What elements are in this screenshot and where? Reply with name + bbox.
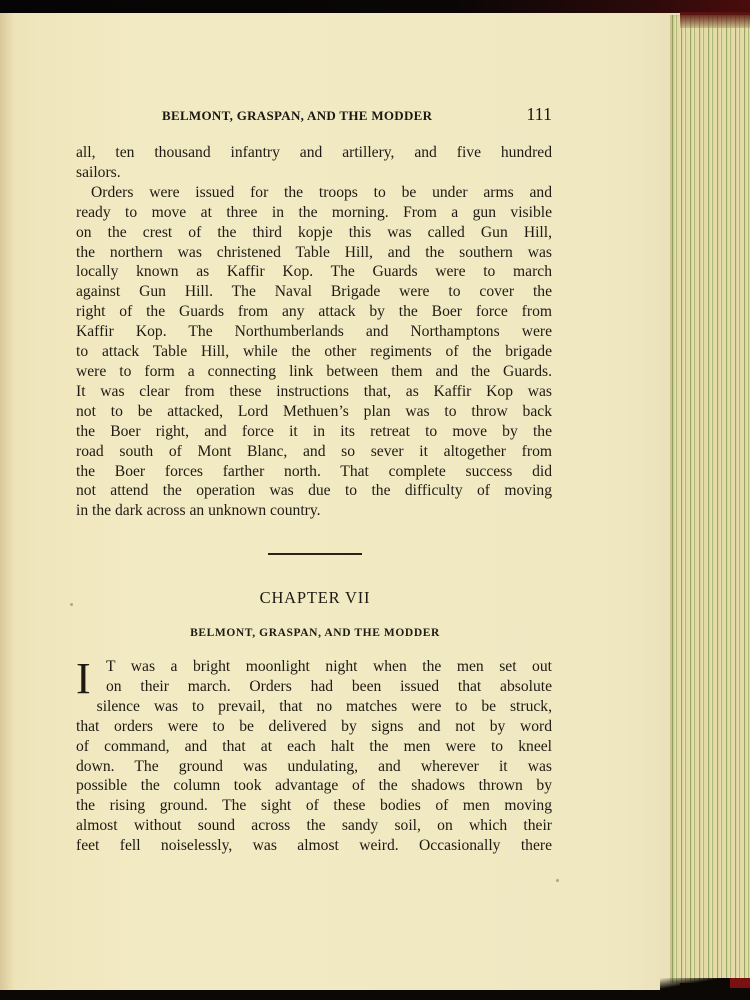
text-line: the Boer forces farther north. That comp… [76, 462, 552, 482]
text-line: almost without sound across the sandy so… [76, 816, 552, 836]
scan-bottom-border [0, 990, 750, 1000]
paper-speck [556, 879, 559, 882]
chapter-opening-paragraph: I T was a bright moonlight night when th… [76, 657, 552, 856]
running-head-title: BELMONT, GRASPAN, AND THE MODDER [162, 108, 432, 124]
text-line: that orders were to be delivered by sign… [76, 717, 552, 737]
running-head: BELMONT, GRASPAN, AND THE MODDER 111 [162, 104, 552, 125]
scan-top-border [0, 0, 750, 14]
text-line: on the crest of the third kopje this was… [76, 223, 552, 243]
text-line: down. The ground was undulating, and whe… [76, 757, 552, 777]
drop-cap: I [76, 661, 91, 699]
text-line: in the dark across an unknown country. [76, 501, 552, 521]
page-number: 111 [526, 104, 552, 125]
text-line: silence was to prevail, that no matches … [76, 697, 552, 717]
chapter-title: CHAPTER VII [0, 588, 630, 608]
text-line: Kaffir Kop. The Northumberlands and Nort… [76, 322, 552, 342]
text-line: locally known as Kaffir Kop. The Guards … [76, 262, 552, 282]
text-line: on their march. Orders had been issued t… [76, 677, 552, 697]
text-line: right of the Guards from any attack by t… [76, 302, 552, 322]
text-line: the northern was christened Table Hill, … [76, 243, 552, 263]
text-line: road south of Mont Blanc, and so sever i… [76, 442, 552, 462]
text-line: not attend the operation was due to the … [76, 481, 552, 501]
text-line: the rising ground. The sight of these bo… [76, 796, 552, 816]
text-line: the Boer right, and force it in its retr… [76, 422, 552, 442]
text-line: to attack Table Hill, while the other re… [76, 342, 552, 362]
page-edges-stack [670, 15, 750, 983]
text-line: T was a bright moonlight night when the … [76, 657, 552, 677]
text-line: sailors. [76, 163, 552, 183]
text-line: all, ten thousand infantry and artillery… [76, 143, 552, 163]
text-line: against Gun Hill. The Naval Brigade were… [76, 282, 552, 302]
text-line: ready to move at three in the morning. F… [76, 203, 552, 223]
text-line: possible the column took advantage of th… [76, 776, 552, 796]
text-line: of command, and that at each halt the me… [76, 737, 552, 757]
cover-top-edge [680, 12, 750, 28]
text-line: Orders were issued for the troops to be … [76, 183, 552, 203]
text-line: feet fell noiselessly, was almost weird.… [76, 836, 552, 856]
chapter-subtitle: BELMONT, GRASPAN, AND THE MODDER [0, 627, 630, 639]
text-line: It was clear from these instructions tha… [76, 382, 552, 402]
text-line: not to be attacked, Lord Methuen’s plan … [76, 402, 552, 422]
section-divider-rule [268, 553, 362, 555]
paragraph-block-continuation: all, ten thousand infantry and artillery… [76, 143, 552, 521]
text-line: were to form a connecting link between t… [76, 362, 552, 382]
